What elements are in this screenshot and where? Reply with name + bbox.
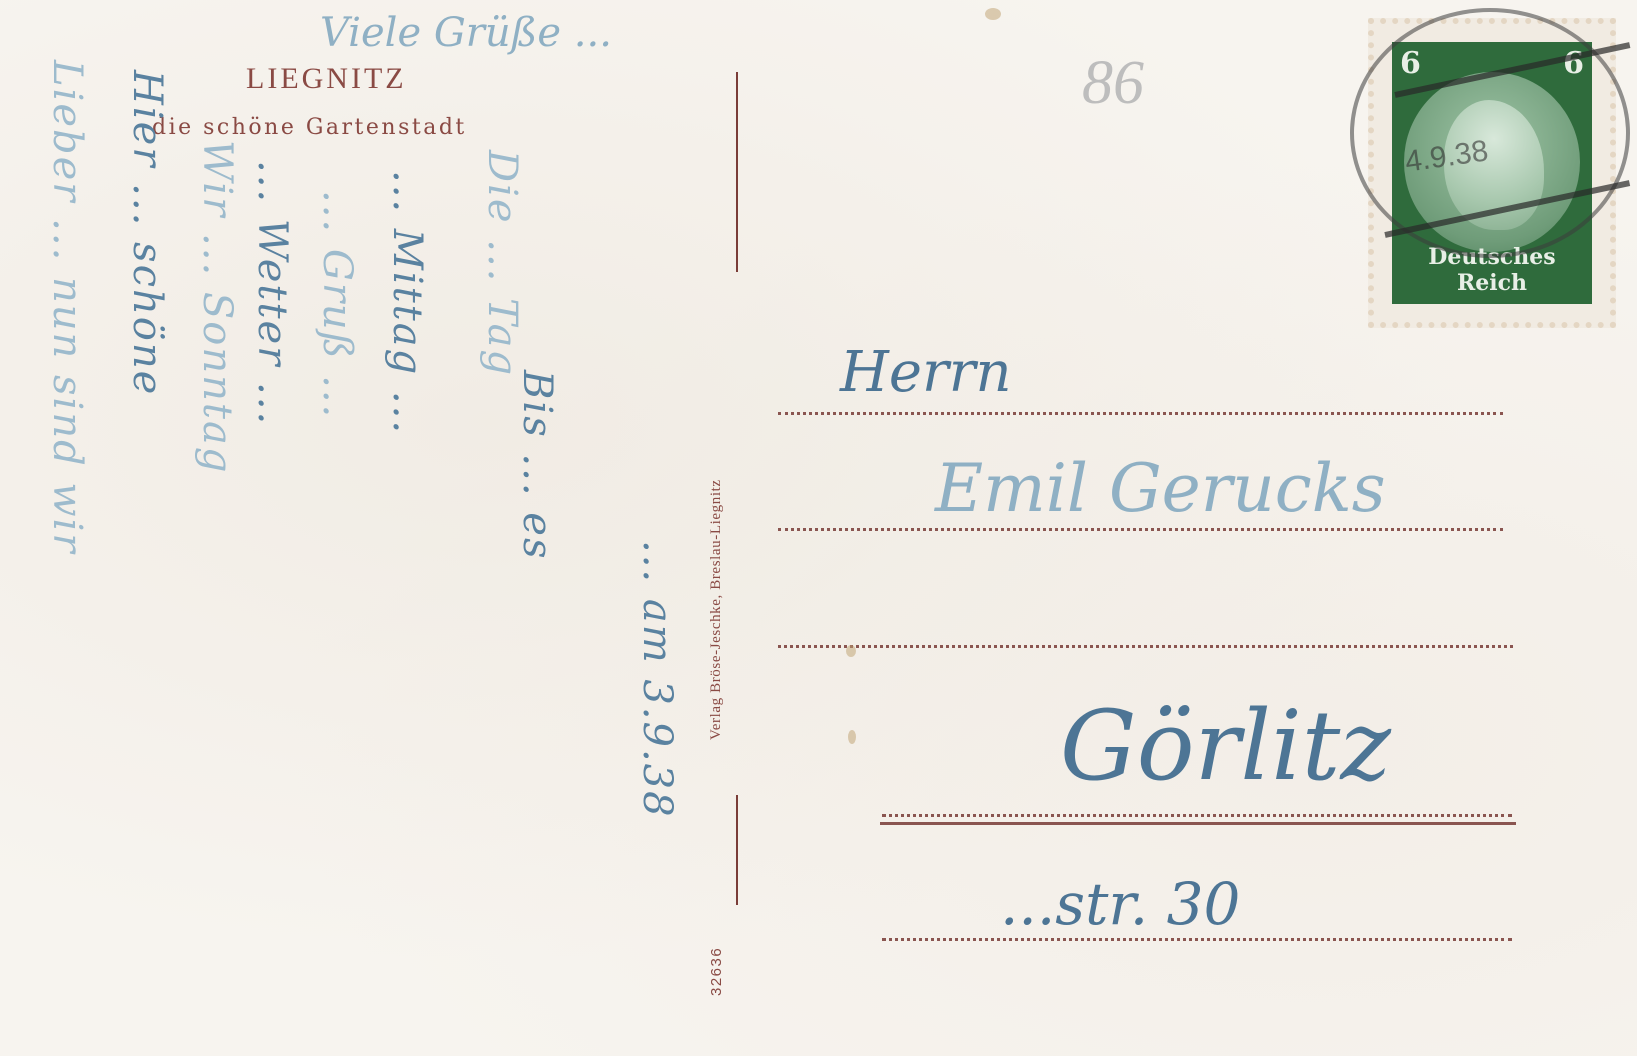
address-underline: [880, 822, 1516, 825]
address-salutation: Herrn: [840, 340, 1012, 405]
address-line-1: [778, 412, 1503, 415]
message-column: Lieber ... nun sind wir: [44, 60, 90, 555]
message-column: Hier ... schöne: [124, 70, 170, 396]
address-line-4: [882, 814, 1512, 817]
foxing-spot: [846, 645, 856, 657]
foxing-spot: [848, 730, 856, 744]
card-subtitle: die schöne Gartenstadt: [152, 115, 467, 140]
message-column: ... Gruß ...: [314, 190, 360, 419]
message-column: Bis ... es: [514, 370, 560, 561]
message-column: Die ... Tag: [479, 150, 525, 377]
postcard-back: LIEGNITZ die schöne Gartenstadt Verlag B…: [0, 0, 1637, 1056]
message-column: Wir ... Sonntag: [194, 140, 240, 474]
address-line-3: [778, 645, 1513, 648]
card-title: LIEGNITZ: [246, 62, 407, 96]
address-line-5: [882, 938, 1512, 941]
address-name: Emil Gerucks: [935, 450, 1386, 527]
publisher-imprint: Verlag Bröse-Jeschke, Breslau-Liegnitz: [708, 479, 725, 740]
address-street: ...str. 30: [1000, 870, 1240, 938]
address-city: Görlitz: [1060, 690, 1391, 802]
address-line-2: [778, 528, 1503, 531]
message-top-line: Viele Grüße ...: [320, 10, 612, 56]
message-column: ... Wetter ...: [249, 160, 295, 426]
foxing-spot: [985, 8, 1001, 20]
pencil-note: 86: [1082, 48, 1144, 119]
message-column: ... am 3.9.38: [634, 540, 680, 819]
center-divider-top: [736, 72, 738, 272]
card-code: 32636: [708, 947, 725, 996]
postmark-circle: [1350, 8, 1630, 258]
message-column: ... Mittag ...: [384, 170, 430, 435]
center-divider-bottom: [736, 795, 738, 905]
